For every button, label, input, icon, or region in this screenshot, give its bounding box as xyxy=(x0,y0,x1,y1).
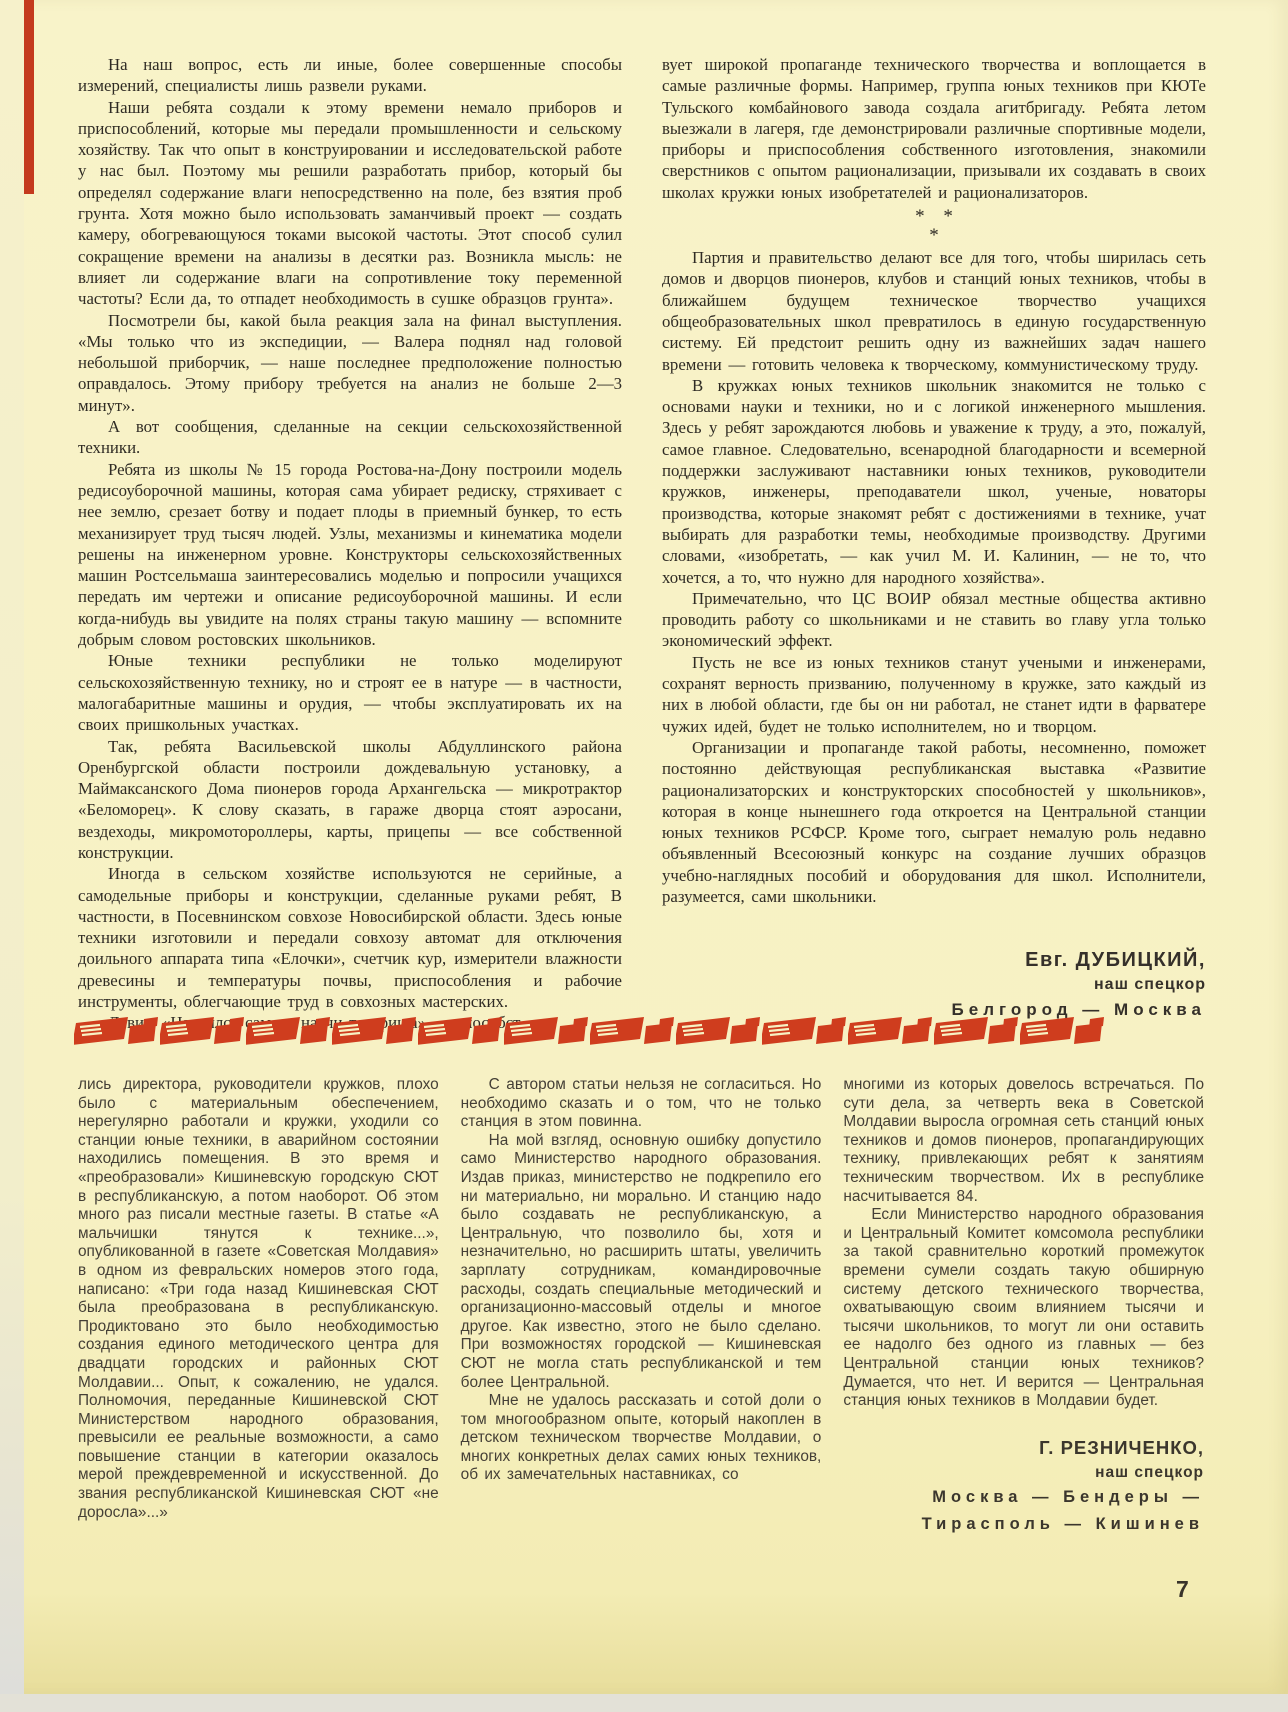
paragraph: Мне не удалось рассказать и сотой доли о… xyxy=(461,1392,822,1485)
asterisk-separator: * * * xyxy=(662,207,1206,245)
bottom-middle-column: С автором статьи нельзя не согласиться. … xyxy=(461,1076,822,1538)
paragraph: Наши ребята создали к этому времени нема… xyxy=(78,97,622,310)
paragraph: Так, ребята Васильевской школы Абдуллинс… xyxy=(78,736,622,864)
paragraph: Посмотрели бы, какой была реакция зала н… xyxy=(78,310,622,416)
paragraph: лись директора, руководители кружков, пл… xyxy=(78,1076,439,1522)
magazine-page: На наш вопрос, есть ли иные, более совер… xyxy=(0,0,1288,1712)
paragraph: многими из которых довелось встречаться.… xyxy=(843,1076,1204,1206)
paragraph: А вот сообщения, сделанные на секции сел… xyxy=(78,416,622,459)
signature-role: наш спецкор xyxy=(662,973,1206,997)
bottom-article: лись директора, руководители кружков, пл… xyxy=(78,1076,1204,1538)
page-number: 7 xyxy=(1176,1576,1189,1603)
top-right-column: вует широкой пропаганде технического тво… xyxy=(662,54,1206,1034)
paragraph: В кружках юных техников школьник знакоми… xyxy=(662,375,1206,588)
paragraph: Пусть не все из юных техников станут уче… xyxy=(662,652,1206,737)
signature-block-top: Евг. ДУБИЦКИЙ, наш спецкор Белгород — Мо… xyxy=(662,947,1206,1023)
bottom-right-column: многими из которых довелось встречаться.… xyxy=(843,1076,1204,1538)
top-left-column: На наш вопрос, есть ли иные, более совер… xyxy=(78,54,622,1034)
paragraph: На мой взгляд, основную ошибку допустило… xyxy=(461,1132,822,1392)
ornament-divider xyxy=(74,1014,1106,1050)
page-left-edge xyxy=(0,0,24,1694)
asterisk-row: * * xyxy=(662,207,1206,226)
bottom-left-column: лись директора, руководители кружков, пл… xyxy=(78,1076,439,1538)
signature-route: Тирасполь — Кишинев xyxy=(843,1511,1204,1538)
signature-route: Москва — Бендеры — xyxy=(843,1484,1204,1511)
paragraph: Если Министерство народного образования … xyxy=(843,1206,1204,1411)
paragraph: Партия и правительство делают все для то… xyxy=(662,247,1206,375)
signature-author: Евг. ДУБИЦКИЙ, xyxy=(662,947,1206,973)
signature-block-bottom: Г. РЕЗНИЧЕНКО, наш спецкор Москва — Бенд… xyxy=(843,1435,1204,1538)
paragraph: С автором статьи нельзя не согласиться. … xyxy=(461,1076,822,1132)
paragraph: Иногда в сельском хозяйстве используются… xyxy=(78,863,622,1012)
paragraph: Организации и пропаганде такой работы, н… xyxy=(662,737,1206,907)
top-article: На наш вопрос, есть ли иные, более совер… xyxy=(78,54,1206,1034)
ornament-pattern-svg xyxy=(74,1014,1106,1050)
paragraph: вует широкой пропаганде технического тво… xyxy=(662,54,1206,203)
red-spine-mark xyxy=(24,0,34,194)
paragraph: Юные техники республики не только модели… xyxy=(78,650,622,735)
paragraph: Примечательно, что ЦС ВОИР обязал местны… xyxy=(662,588,1206,652)
signature-author: Г. РЕЗНИЧЕНКО, xyxy=(843,1435,1204,1461)
paragraph: На наш вопрос, есть ли иные, более совер… xyxy=(78,54,622,97)
paragraph: Ребята из школы № 15 города Ростова-на-Д… xyxy=(78,459,622,651)
signature-role: наш спецкор xyxy=(843,1461,1204,1484)
asterisk-row: * xyxy=(662,226,1206,245)
